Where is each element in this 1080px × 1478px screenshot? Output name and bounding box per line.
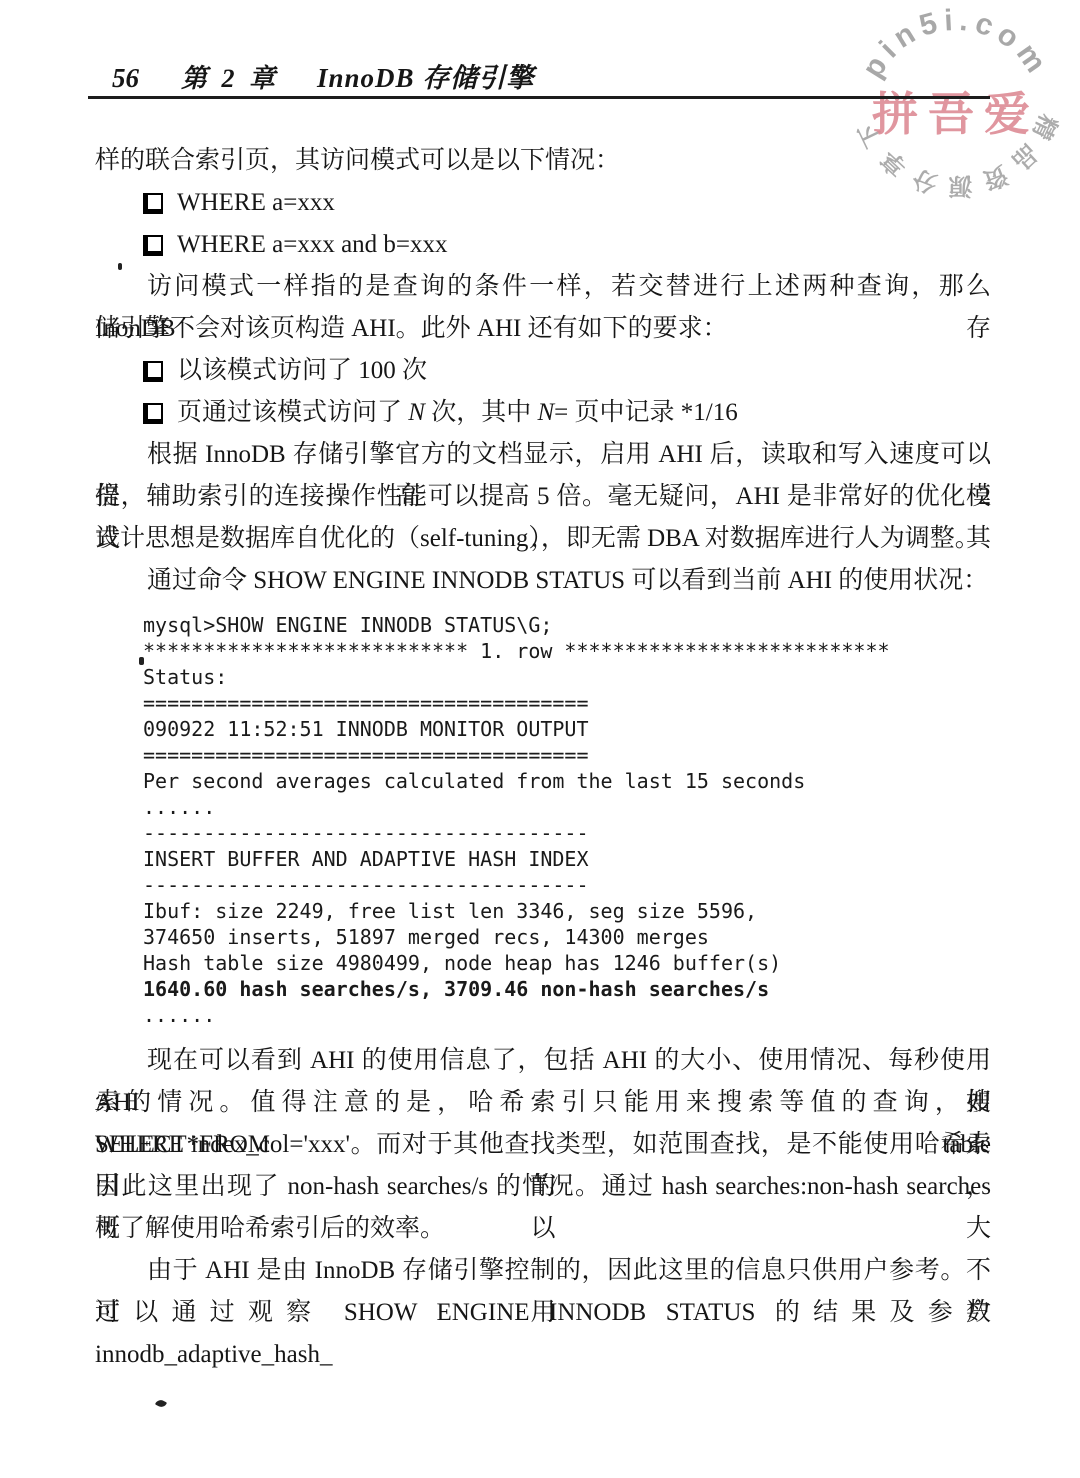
paragraph-line: 索的情况。值得注意的是，哈希索引只能用来搜索等值的查询，如 SELECT*FRO… [95, 1082, 991, 1124]
paragraph-line: 访问模式一样指的是查询的条件一样，若交替进行上述两种查询，那么 InonDB 存 [95, 266, 991, 308]
paragraph-line: 可以通过观察 SHOW ENGINE INNODB STATUS 的结果及参数 … [95, 1292, 991, 1334]
code-line: ===================================== [143, 742, 991, 768]
paragraph-line: 由于 AHI 是由 InnoDB 存储引擎控制的，因此这里的信息只供用户参考。不… [95, 1250, 991, 1292]
bullet-text: 页通过该模式访问了 N 次，其中 N= 页中记录 *1/16 [177, 392, 738, 434]
chapter-label: 第 2 章 [181, 58, 279, 95]
chapter-title: InnoDB 存储引擎 [317, 56, 534, 95]
bullet-item: WHERE a=xxx and b=xxx [95, 224, 991, 266]
paragraph-line: 样的联合索引页，其访问模式可以是以下情况： [95, 140, 991, 182]
bullet-text: WHERE a=xxx and b=xxx [177, 224, 448, 266]
paragraph-line: 现在可以看到 AHI 的使用信息了，包括 AHI 的大小、使用情况、每秒使用 A… [95, 1040, 991, 1082]
header-rule [88, 96, 990, 99]
page-header: 56 第 2 章 InnoDB 存储引擎 [112, 56, 534, 95]
variable-n: N [537, 399, 554, 426]
code-line: 374650 inserts, 51897 merged recs, 14300… [143, 924, 991, 950]
square-bullet-icon [143, 403, 163, 424]
code-line: 090922 11:52:51 INNODB MONITOR OUTPUT [143, 716, 991, 742]
bullet-item: 页通过该模式访问了 N 次，其中 N= 页中记录 *1/16 [95, 392, 991, 434]
code-line: Status: [143, 664, 991, 690]
code-line: *************************** 1. row *****… [143, 638, 991, 664]
book-page: pin5i.com 最新精品资源分享下载站 拼吾爱 56 第 2 章 InnoD… [0, 0, 1080, 1478]
scan-speck [118, 263, 122, 270]
scan-speck [139, 657, 144, 665]
page-number: 56 [112, 63, 139, 94]
code-block: mysql>SHOW ENGINE INNODB STATUS\G; *****… [143, 612, 991, 1028]
code-line: ------------------------------------- [143, 820, 991, 846]
bullet-text-segment: = 页中记录 *1/16 [554, 399, 738, 426]
paragraph-line: 通过命令 SHOW ENGINE INNODB STATUS 可以看到当前 AH… [95, 560, 991, 602]
bullet-text-segment: 次，其中 [425, 399, 538, 426]
code-line: ...... [143, 794, 991, 820]
bullet-text: 以该模式访问了 100 次 [177, 350, 427, 392]
bullet-item: WHERE a=xxx [95, 182, 991, 224]
code-line: Hash table size 4980499, node heap has 1… [143, 950, 991, 976]
bullet-text: WHERE a=xxx [177, 182, 335, 224]
page-content: 样的联合索引页，其访问模式可以是以下情况： WHERE a=xxx WHERE … [95, 140, 991, 1334]
code-line: Per second averages calculated from the … [143, 768, 991, 794]
paragraph-line: 倍，辅助索引的连接操作性能可以提高 5 倍。毫无疑问，AHI 是非常好的优化模式… [95, 476, 991, 518]
square-bullet-icon [143, 361, 163, 382]
paragraph-line: 根据 InnoDB 存储引擎官方的文档显示，启用 AHI 后，读取和写入速度可以… [95, 434, 991, 476]
variable-n: N [408, 399, 425, 426]
bullet-text-segment: 页通过该模式访问了 [177, 399, 408, 426]
code-line: Ibuf: size 2249, free list len 3346, seg… [143, 898, 991, 924]
code-line: mysql>SHOW ENGINE INNODB STATUS\G; [143, 612, 991, 638]
watermark-domain-text: pin5i.com [856, 4, 1055, 84]
code-line: ...... [143, 1002, 991, 1028]
paragraph-line: 设计思想是数据库自优化的（self-tuning），即无需 DBA 对数据库进行… [95, 518, 991, 560]
square-bullet-icon [143, 235, 163, 256]
paragraph-line: WHERE index_col='xxx'。而对于其他查找类型，如范围查找，是不… [95, 1124, 991, 1166]
code-line: INSERT BUFFER AND ADAPTIVE HASH INDEX [143, 846, 991, 872]
square-bullet-icon [143, 193, 163, 214]
paragraph-line: 因此这里出现了 non-hash searches/s 的情况。通过 hash … [95, 1166, 991, 1208]
code-line: ===================================== [143, 690, 991, 716]
scan-speck [155, 1398, 167, 1409]
bullet-item: 以该模式访问了 100 次 [95, 350, 991, 392]
code-line-highlight: 1640.60 hash searches/s, 3709.46 non-has… [143, 976, 991, 1002]
code-line: ------------------------------------- [143, 872, 991, 898]
